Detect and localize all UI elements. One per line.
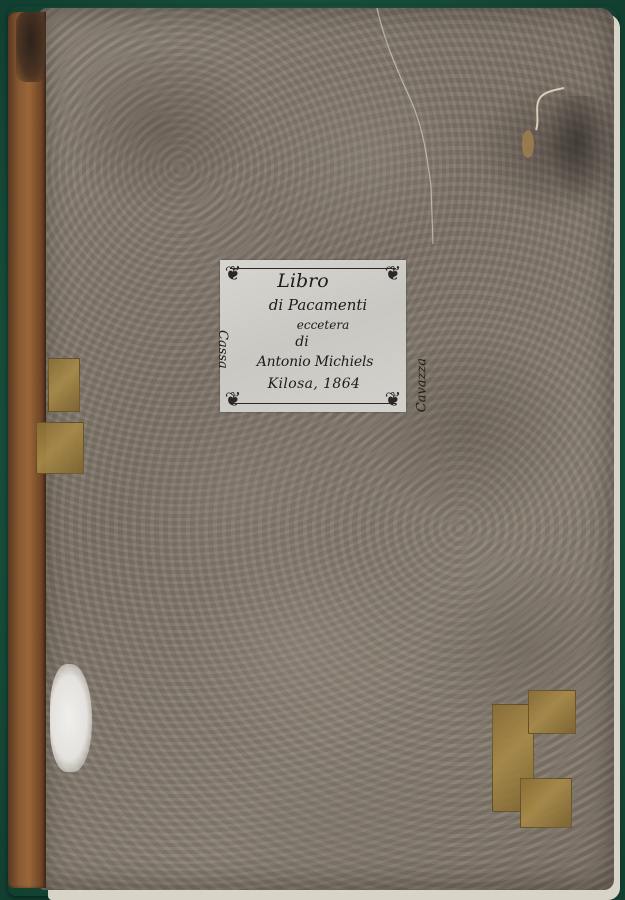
tape-patch bbox=[528, 690, 576, 734]
label-side-right: Cavazza bbox=[414, 358, 429, 412]
label-side-left: Cassa bbox=[215, 330, 230, 369]
label-owner-name: Antonio Michiels bbox=[224, 354, 406, 370]
label-etc: eccetera bbox=[240, 318, 406, 332]
tape-patch bbox=[36, 422, 84, 474]
worn-patch bbox=[50, 664, 92, 772]
spine-wear bbox=[16, 12, 46, 82]
cover-crack bbox=[375, 6, 435, 246]
title-label: ❦ ❦ ❦ ❦ Libro di Pacamenti eccetera di A… bbox=[220, 260, 406, 412]
label-place-year: Kilosa, 1864 bbox=[222, 376, 406, 392]
label-title: Libro bbox=[200, 270, 406, 292]
loose-string bbox=[518, 86, 570, 166]
tape-patch bbox=[520, 778, 572, 828]
tape-patch bbox=[48, 358, 80, 412]
label-subtitle: di Pacamenti bbox=[230, 296, 406, 314]
